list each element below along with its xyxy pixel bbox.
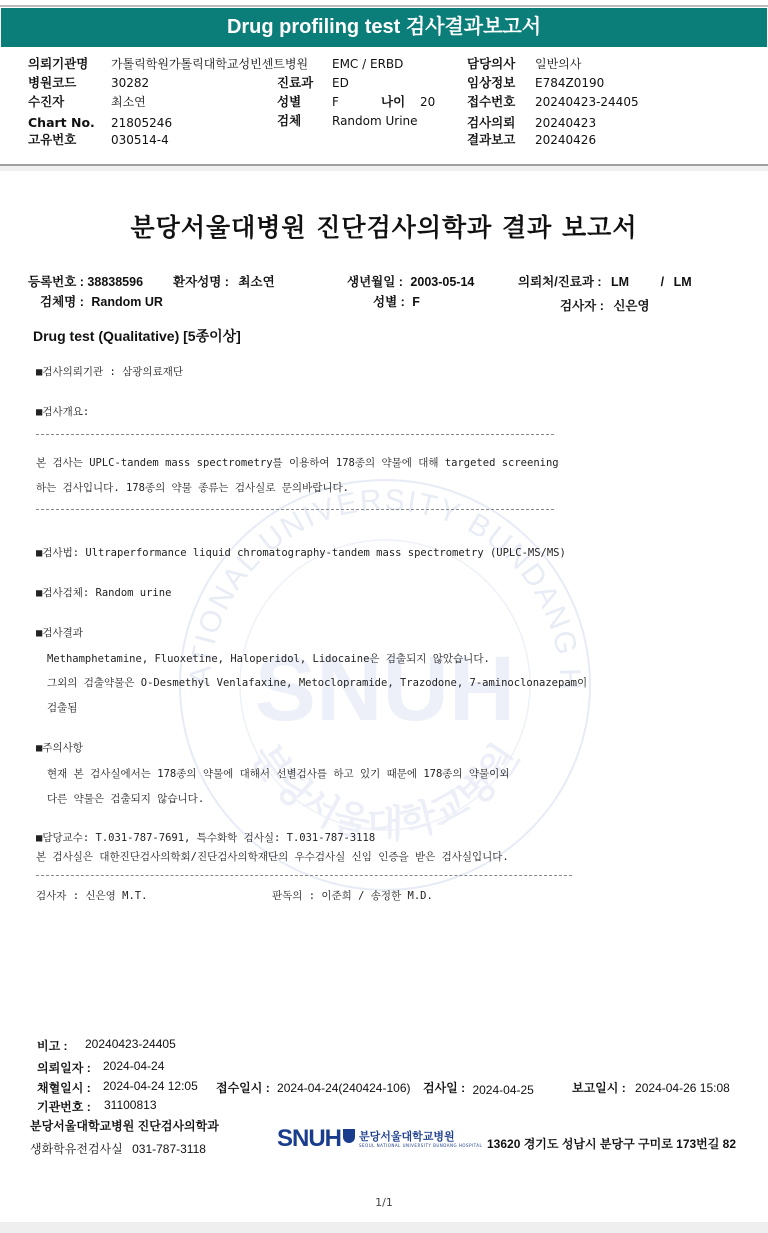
page-number: 1/1 bbox=[0, 1196, 768, 1209]
result-line-2: 그외의 검출약물은 O-Desmethyl Venlafaxine, Metoc… bbox=[47, 675, 587, 690]
label-institution: 의뢰기관명 bbox=[28, 56, 88, 71]
value-specimen-name: Random UR bbox=[91, 295, 163, 309]
value-doctor: 일반의사 bbox=[535, 55, 581, 73]
footer-address: 13620 경기도 성남시 분당구 구미로 173번길 82 bbox=[487, 1135, 736, 1152]
report-banner: Drug profiling test 검사결과보고서 bbox=[1, 8, 767, 47]
contact-info: ■담당교수: T.031-787-7691, 특수화학 검사실: T.031-7… bbox=[36, 830, 375, 845]
reg-no: 등록번호 : 38838596 bbox=[28, 272, 143, 290]
label-age: 나이 bbox=[381, 93, 405, 111]
footer-request-date: 의뢰일자 : 2024-04-24 bbox=[37, 1059, 91, 1076]
value-hospital-code: 30282 bbox=[111, 74, 149, 92]
footer-lab: 생화학유전검사실 031-787-3118 bbox=[30, 1140, 206, 1157]
result-line-1: Methamphetamine, Fluoxetine, Haloperidol… bbox=[47, 651, 490, 666]
value-receipt-no: 20240423-24405 bbox=[535, 93, 639, 111]
shield-icon bbox=[343, 1129, 355, 1143]
label-specimen-name: 검체명 : bbox=[40, 295, 84, 309]
value-chart-no: 21805246 bbox=[111, 114, 172, 132]
overview-line-2: 하는 검사입니다. 178종의 약물 종류는 검사실로 문의바랍니다. bbox=[36, 480, 349, 495]
footer-note: 비고 : 20240423-24405 bbox=[37, 1037, 68, 1054]
snuh-logo: SNUH 분당서울대학교병원 SEOUL NATIONAL UNIVERSITY… bbox=[277, 1124, 482, 1154]
value-clinical-info: E784Z0190 bbox=[535, 74, 604, 92]
sex-info: 성별 : F bbox=[373, 292, 420, 310]
label-receive-time: 접수일시 : bbox=[216, 1081, 270, 1095]
value-request-date-footer: 2024-04-24 bbox=[103, 1059, 164, 1073]
label-test-date: 검사일 : bbox=[423, 1081, 465, 1095]
header-row-dept: 진료과 ED bbox=[277, 74, 313, 92]
value-dob: 2003-05-14 bbox=[410, 275, 474, 289]
header-row-clinical-info: 임상정보 E784Z0190 bbox=[467, 74, 515, 92]
caution-title: ■주의사항 bbox=[36, 740, 83, 755]
header-row-unique-no: 고유번호 030514-4 bbox=[28, 131, 76, 149]
label-specimen: 검체 bbox=[277, 113, 301, 128]
footer-test-date: 검사일 : 2024-04-25 bbox=[423, 1079, 534, 1096]
value-institution: 가톨릭학원가톨릭대학교성빈센트병원 bbox=[111, 55, 308, 73]
requesting-institution: ■검사의뢰기관 : 삼광의료재단 bbox=[36, 364, 183, 379]
specimen-name: 검체명 : Random UR bbox=[40, 292, 163, 310]
lab-name: 생화학유전검사실 bbox=[30, 1142, 123, 1156]
value-report-date: 20240426 bbox=[535, 131, 596, 149]
logo-english-name: SEOUL NATIONAL UNIVERSITY BUNDANG HOSPIT… bbox=[359, 1143, 482, 1148]
value-age: 20 bbox=[420, 93, 435, 111]
caution-line-2: 다른 약물은 검출되지 않습니다. bbox=[47, 791, 204, 806]
label-report-time: 보고일시 : bbox=[572, 1081, 626, 1095]
banner-title: Drug profiling test 검사결과보고서 bbox=[227, 16, 541, 38]
dept-separator: / bbox=[661, 275, 664, 289]
overview-title: ■검사개요: bbox=[36, 404, 89, 419]
reader-signature: 판독의 : 이준희 / 송정한 M.D. bbox=[272, 888, 433, 903]
header-row-institution: 의뢰기관명 가톨릭학원가톨릭대학교성빈센트병원 bbox=[28, 55, 88, 73]
value-sex: F bbox=[332, 93, 339, 111]
page-gap bbox=[0, 166, 768, 171]
label-hospital-code: 병원코드 bbox=[28, 75, 76, 90]
value-reg-no: 38838596 bbox=[87, 275, 143, 289]
label-patient: 수진자 bbox=[28, 94, 64, 109]
dashed-divider bbox=[36, 509, 554, 510]
footer-report-time: 보고일시 : 2024-04-26 15:08 bbox=[572, 1079, 730, 1096]
header-row-receipt-no: 접수번호 20240423-24405 bbox=[467, 93, 515, 111]
label-dept: 진료과 bbox=[277, 75, 313, 90]
page-bottom-gap bbox=[0, 1222, 768, 1233]
value-test-date: 2024-04-25 bbox=[472, 1083, 533, 1097]
footer-collect-time: 채혈일시 : 2024-04-24 12:05 bbox=[37, 1079, 91, 1096]
certification-note: 본 검사실은 대한진단검사의학회/진단검사의학재단의 우수검사실 신임 인증을 … bbox=[36, 849, 509, 864]
tester-info: 검사자 : 신은영 bbox=[560, 296, 650, 314]
label-receipt-no: 접수번호 bbox=[467, 94, 515, 109]
label-clinical-info: 임상정보 bbox=[467, 75, 515, 90]
value-inst-no: 31100813 bbox=[104, 1098, 157, 1112]
label-unique-no: 고유번호 bbox=[28, 132, 76, 147]
label-patient-name: 환자성명 : bbox=[173, 275, 229, 289]
value-report-time: 2024-04-26 15:08 bbox=[635, 1081, 730, 1095]
header-row-sex: 성별 F 나이 20 bbox=[277, 93, 301, 111]
footer-inst-no: 기관번호 : 31100813 bbox=[37, 1098, 91, 1115]
label-sex: 성별 bbox=[277, 94, 301, 109]
logo-korean-name: 분당서울대학교병원 bbox=[359, 1131, 482, 1143]
header-row-report-date: 결과보고 20240426 bbox=[467, 131, 515, 149]
label-tester: 검사자 : bbox=[560, 299, 604, 313]
patient-name: 환자성명 : 최소연 bbox=[173, 272, 275, 290]
label-sex-info: 성별 : bbox=[373, 295, 405, 309]
label-dob: 생년월일 : bbox=[347, 275, 403, 289]
lab-phone: 031-787-3118 bbox=[132, 1142, 206, 1156]
value-specimen: Random Urine bbox=[332, 112, 418, 130]
header-row-patient: 수진자 최소연 bbox=[28, 93, 64, 111]
value-unique-no: 030514-4 bbox=[111, 131, 169, 149]
logo-snuh-text: SNUH bbox=[277, 1125, 341, 1153]
value-dept2: LM bbox=[674, 275, 692, 289]
value-collect-time: 2024-04-24 12:05 bbox=[103, 1079, 198, 1093]
header-row-doctor: 담당의사 일반의사 bbox=[467, 55, 515, 73]
top-border bbox=[0, 0, 768, 7]
value-patient: 최소연 bbox=[111, 93, 146, 111]
label-chart-no: Chart No. bbox=[28, 115, 95, 130]
dob: 생년월일 : 2003-05-14 bbox=[347, 272, 474, 290]
test-name: Drug test (Qualitative) [5종이상] bbox=[33, 326, 241, 346]
value-ward: EMC / ERBD bbox=[332, 55, 403, 73]
value-tester: 신은영 bbox=[613, 299, 649, 313]
label-note: 비고 : bbox=[37, 1039, 68, 1053]
test-specimen: ■검사검체: Random urine bbox=[36, 585, 171, 600]
result-title: ■검사결과 bbox=[36, 625, 83, 640]
label-request-date-footer: 의뢰일자 : bbox=[37, 1061, 91, 1075]
result-line-3: 검출됨 bbox=[47, 700, 77, 715]
label-doctor: 담당의사 bbox=[467, 56, 515, 71]
caution-line-1: 현재 본 검사실에서는 178종의 약물에 대해서 선별검사를 하고 있기 때문… bbox=[47, 766, 509, 781]
value-request-date: 20240423 bbox=[535, 114, 596, 132]
dashed-divider bbox=[36, 875, 572, 876]
label-report-date: 결과보고 bbox=[467, 132, 515, 147]
footer-receive-time: 접수일시 : 2024-04-24(240424-106) bbox=[216, 1079, 410, 1096]
value-dept: ED bbox=[332, 74, 349, 92]
value-receive-time: 2024-04-24(240424-106) bbox=[277, 1081, 410, 1095]
report-title: 분당서울대병원 진단검사의학과 결과 보고서 bbox=[0, 208, 768, 244]
label-collect-time: 채혈일시 : bbox=[37, 1081, 91, 1095]
label-inst-no: 기관번호 : bbox=[37, 1100, 91, 1114]
label-reg-no: 등록번호 : bbox=[28, 275, 84, 289]
value-note: 20240423-24405 bbox=[85, 1037, 176, 1051]
label-dept-info: 의뢰처/진료과 : bbox=[518, 275, 602, 289]
label-request-date: 검사의뢰 bbox=[467, 115, 515, 130]
test-method: ■검사법: Ultraperformance liquid chromatogr… bbox=[36, 545, 566, 560]
header-row-chart-no: Chart No. 21805246 bbox=[28, 114, 95, 132]
tester-signature: 검사자 : 신은영 M.T. bbox=[36, 888, 147, 903]
value-dept1: LM bbox=[611, 275, 629, 289]
value-sex-info: F bbox=[412, 295, 420, 309]
header-row-request-date: 검사의뢰 20240423 bbox=[467, 114, 515, 132]
overview-line-1: 본 검사는 UPLC-tandem mass spectrometry를 이용하… bbox=[36, 455, 559, 470]
footer-dept-name: 분당서울대학교병원 진단검사의학과 bbox=[30, 1117, 219, 1134]
dashed-divider bbox=[36, 434, 554, 435]
dept-info: 의뢰처/진료과 : LM / LM bbox=[518, 272, 692, 290]
header-row-hospital-code: 병원코드 30282 bbox=[28, 74, 76, 92]
header-row-specimen: 검체 Random Urine bbox=[277, 112, 301, 130]
value-patient-name: 최소연 bbox=[238, 275, 274, 289]
